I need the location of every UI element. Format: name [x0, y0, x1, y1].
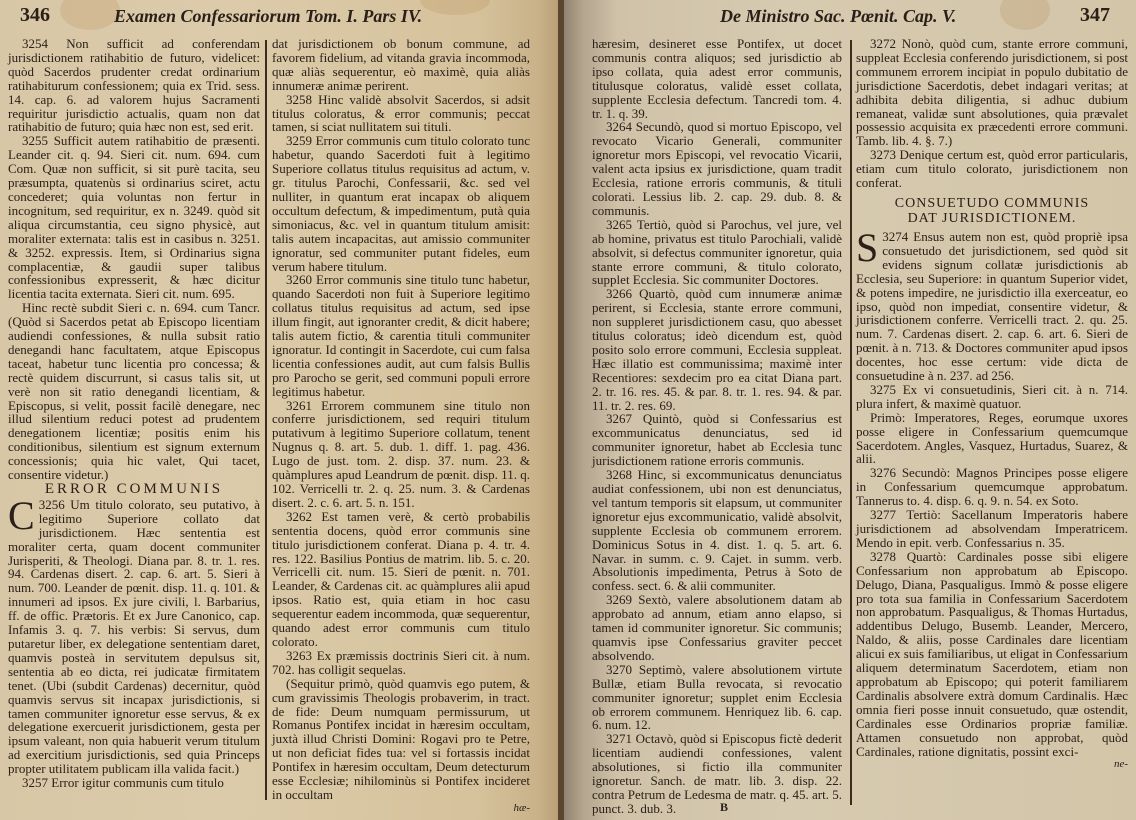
- paragraph: 3255 Sufficit autem ratihabitio de præse…: [8, 134, 260, 301]
- paragraph: Hinc rectè subdit Sieri c. n. 694. cum T…: [8, 301, 260, 482]
- section-heading-line: DAT JURISDICTIONEM.: [856, 211, 1128, 226]
- drop-cap: C: [8, 500, 35, 532]
- paragraph: 3275 Ex vi consuetudinis, Sieri cit. à n…: [856, 383, 1128, 411]
- running-head: Examen Confessariorum Tom. I. Pars IV.: [114, 6, 422, 30]
- paragraph: (Sequitur primò, quòd quamvis ego putem,…: [272, 677, 530, 802]
- paragraph: 3260 Error communis sine titulo tunc hab…: [272, 273, 530, 398]
- paragraph: 3259 Error communis cum titulo colorato …: [272, 134, 530, 273]
- paragraph: hæresim, desineret esse Pontifex, ut doc…: [592, 37, 842, 120]
- column-2: dat jurisdictionem ob bonum commune, ad …: [272, 37, 530, 816]
- paragraph: 3258 Hinc validè absolvit Sacerdos, si a…: [272, 93, 530, 135]
- running-head: De Ministro Sac. Pœnit. Cap. V.: [720, 6, 956, 30]
- paragraph: 3254 Non sufficit ad conferendam jurisdi…: [8, 37, 260, 134]
- paragraph: 3263 Ex præmissis doctrinis Sieri cit. à…: [272, 649, 530, 677]
- paragraph: 3277 Tertiò: Sacellanum Imperatoris habe…: [856, 508, 1128, 550]
- column-rule: [265, 40, 267, 800]
- paragraph: 3271 Octavò, quòd si Episcopus fictè ded…: [592, 732, 842, 815]
- left-page: 346 Examen Confessariorum Tom. I. Pars I…: [0, 0, 560, 820]
- section-heading: ERROR COMMUNIS: [8, 483, 260, 497]
- column-1: 3254 Non sufficit ad conferendam jurisdi…: [8, 37, 260, 790]
- paragraph: 3270 Septimò, valere absolutionem virtut…: [592, 663, 842, 733]
- paragraph: 3267 Quintò, quòd si Confessarius est ex…: [592, 412, 842, 468]
- section-heading-line: CONSUETUDO COMMUNIS: [856, 196, 1128, 211]
- paragraph: 3278 Quartò: Cardinales posse sibi elige…: [856, 550, 1128, 759]
- column-2: 3272 Nonò, quòd cum, stante errore commu…: [856, 37, 1128, 772]
- drop-cap: S: [856, 232, 878, 264]
- page-number: 346: [20, 4, 50, 27]
- stain: [420, 0, 490, 15]
- section-heading: CONSUETUDO COMMUNIS DAT JURISDICTIONEM.: [856, 196, 1128, 226]
- paragraph: 3265 Tertiò, quòd si Parochus, vel jure,…: [592, 218, 842, 288]
- paragraph: 3262 Est tamen verè, & certò probabilis …: [272, 510, 530, 649]
- paragraph: 3268 Hinc, si excommunicatus denunciatus…: [592, 468, 842, 593]
- signature-mark: B: [720, 800, 728, 815]
- column-rule: [850, 40, 852, 805]
- column-1: hæresim, desineret esse Pontifex, ut doc…: [592, 37, 842, 816]
- paragraph: 3261 Errorem communem sine titulo non co…: [272, 399, 530, 510]
- paragraph: 3266 Quartò, quòd cum innumeræ animæ per…: [592, 287, 842, 412]
- right-page: De Ministro Sac. Pœnit. Cap. V. 347 hære…: [560, 0, 1136, 820]
- stain: [60, 0, 120, 30]
- paragraph: 3269 Sextò, valere absolutionem datam ab…: [592, 593, 842, 663]
- paragraph: dat jurisdictionem ob bonum commune, ad …: [272, 37, 530, 93]
- stain: [1000, 0, 1050, 30]
- page-number: 347: [1080, 4, 1110, 27]
- paragraph: 3257 Error igitur communis cum titulo: [8, 776, 260, 790]
- catchword: ne-: [856, 758, 1128, 772]
- catchword: hæ-: [272, 802, 530, 816]
- paragraph: 3256 CUm titulo colorato, seu putativo, …: [8, 498, 260, 776]
- paragraph: 3273 Denique certum est, quòd error part…: [856, 148, 1128, 190]
- book-gutter: [558, 0, 564, 820]
- paragraph: Primò: Imperatores, Reges, eorumque uxor…: [856, 411, 1128, 467]
- paragraph: 3274 SEnsus autem non est, quòd propriè …: [856, 230, 1128, 383]
- paragraph: 3272 Nonò, quòd cum, stante errore commu…: [856, 37, 1128, 148]
- paragraph: 3276 Secundò: Magnos Principes posse eli…: [856, 466, 1128, 508]
- book-spread: 346 Examen Confessariorum Tom. I. Pars I…: [0, 0, 1136, 820]
- paragraph: 3264 Secundò, quod si mortuo Episcopo, v…: [592, 120, 842, 217]
